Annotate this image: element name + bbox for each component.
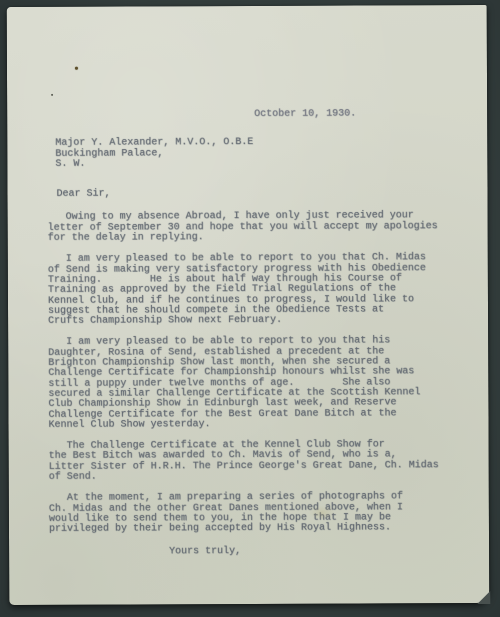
paragraph-mavis-certificate: The Challenge Certificate at the Kennel … bbox=[49, 440, 461, 483]
letter-date: October 10, 1930. bbox=[254, 109, 459, 120]
paper-speck bbox=[75, 67, 78, 70]
paragraph-obedience-training: I am very pleased to be able to report t… bbox=[48, 253, 460, 327]
paragraph-apology: Owing to my absence Abroad, I have only … bbox=[48, 212, 460, 245]
recipient-district-line: S. W. bbox=[55, 158, 459, 170]
paper-speck bbox=[51, 94, 53, 96]
closing-valediction: Yours truly, bbox=[169, 546, 461, 558]
letter-page: October 10, 1930. Major Y. Alexander, M.… bbox=[7, 5, 490, 605]
paragraph-photographs: At the moment, I am preparing a series o… bbox=[49, 492, 461, 535]
paragraph-rosina-certificates: I am very pleased to be able to report t… bbox=[48, 337, 460, 431]
paper-stain bbox=[309, 506, 335, 520]
corner-fold bbox=[477, 591, 490, 604]
recipient-address: Major Y. Alexander, M.V.O., O.B.E Buckin… bbox=[55, 137, 459, 170]
salutation: Dear Sir, bbox=[56, 188, 459, 200]
